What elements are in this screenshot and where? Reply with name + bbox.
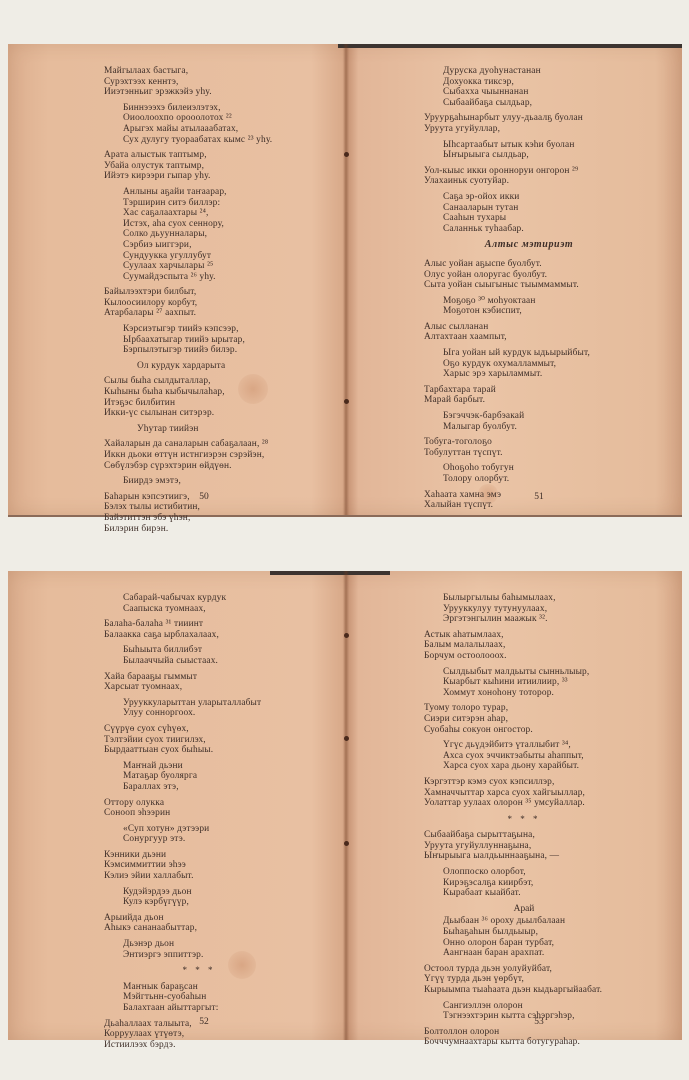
verse-line: Хамначчыттар харса суох хайгыыллар, (424, 788, 664, 799)
verse-line: Харсыат туомнаах, (104, 682, 334, 693)
stanza: Саҕа эр-ойох иккиСанааларын тутанСааһын … (424, 192, 664, 234)
verse-line: Ииэтэнньиг эрэжкэйэ уһу. (104, 87, 334, 98)
verse-line: Майгылаах бастыга, (104, 66, 334, 77)
verse-line: Урууккулуу тутунуулаах, (443, 604, 664, 615)
verse-line: Ыҥырыыга сылдьар, (443, 150, 664, 161)
stanza: Оһоҕоһо тобугунТолору олорбут. (424, 463, 664, 484)
verse-line: Сыбаайбаҕа сырыттаҕына, (424, 830, 664, 841)
poem-text: Майгылаах бастыга,Сурэхтээх кеннтэ,Ииэтэ… (104, 66, 334, 539)
verse-line: Балаакка саҕа ырблахалаах, (104, 630, 334, 641)
verse-line: Убайа олустук таптымр, (104, 161, 334, 172)
stanza: Астык аһатымлаах,Балым малалылаах,Борчум… (424, 630, 664, 662)
verse-line: Ыһсартаабыт ытык кэһи буолан (443, 140, 664, 151)
stanza: Байылээхтэри билбыт,Кылоосиилору корбут,… (104, 287, 334, 319)
verse-line: Марай барбыт. (424, 395, 664, 406)
verse-line: Кырабаат кыайбат. (443, 888, 664, 899)
stanza: Биирдэ эмэтэ, (104, 476, 334, 487)
verse-line: Бочччумнаахтары кытта ботугураһар. (424, 1037, 664, 1048)
verse-line: Билэрин бирэн. (104, 524, 334, 535)
verse-line: Ол курдук хардарыта (137, 361, 334, 372)
stanza: Ол курдук хардарыта (104, 361, 334, 372)
verse-line: Тобулуттан түспүт. (424, 448, 664, 459)
verse-line: Дохуокка тиксэр, (443, 77, 664, 88)
verse-line: Арата алыстык таптымр, (104, 150, 334, 161)
page-52: Сабарай-чабычах курдукСаапыска туомнаах,… (104, 571, 334, 1040)
verse-line: Маҥнай дьэни (123, 761, 334, 772)
binding-hole (344, 736, 349, 741)
stanza: Остоол турда дьэн уолуйуйбат,Үгүү турда … (424, 964, 664, 996)
verse-line: Сыта уойан сыыгыныс тыыммаммыт. (424, 280, 664, 291)
verse-line: Итэҕэс билбитин (104, 398, 334, 409)
verse-line: Аһыкэ сананаабыттар, (104, 923, 334, 934)
verse-line: Истэх, аһа суох сеннору, (123, 219, 334, 230)
stanza: Кэнники дьэниКэмсиммиттии эһээКэлиэ эйии… (104, 850, 334, 882)
verse-line: Астык аһатымлаах, (424, 630, 664, 641)
verse-line: Бэлэх тылы истибитин, (104, 502, 334, 513)
verse-line: Моҕотон кэбиспит, (443, 306, 664, 317)
page-number: 52 (94, 1017, 324, 1028)
book-spine (343, 44, 349, 515)
verse-line: Анлыны аҕайи таҥаарар, (123, 187, 334, 198)
verse-line: Биннэээхэ билеиэлэтэх, (123, 103, 334, 114)
binding-hole (344, 399, 349, 404)
stanza: Майгылаах бастыга,Сурэхтээх кеннтэ,Ииэтэ… (104, 66, 334, 98)
verse-line: Кирэҕэсалҕа киирбэт, (443, 878, 664, 889)
stanza: «Суп хотун» дэтээриСонургуур этэ. (104, 824, 334, 845)
verse-line: Оттору олукка (104, 798, 334, 809)
verse-line: Алыс сылланан (424, 322, 664, 333)
verse-line: Дьыбаан ³⁶ ороху дьылбалаан (443, 916, 664, 927)
verse-line: Бырдааттыан суох быһыы. (104, 745, 334, 756)
verse-line: Былааччыйа сыыстаах. (123, 656, 334, 667)
verse-line: Алтахтаан хаампыт, (424, 332, 664, 343)
verse-line: Байылээхтэри билбыт, (104, 287, 334, 298)
verse-line: Уһутар тиийэн (137, 424, 334, 435)
stanza: Уһутар тиийэн (104, 424, 334, 435)
verse-line: Биирдэ эмэтэ, (123, 476, 334, 487)
stanza: Уруурҕаһынарбыт улуу-дьаалҕ буоланУруута… (424, 113, 664, 134)
verse-line: Хас саҕалаахтары ²⁴, (123, 208, 334, 219)
stanza: Ыһсартаабыт ытык кэһи буоланЫҥырыыга сыл… (424, 140, 664, 161)
verse-line: Борчум остоолооох. (424, 651, 664, 662)
verse-line: Уруута угуйуллар, (424, 124, 664, 135)
verse-line: Туому толоро турар, (424, 703, 664, 714)
verse-line: Дуруска дуоһунастанан (443, 66, 664, 77)
verse-line: Оһоҕоһо тобугун (443, 463, 664, 474)
verse-line: Болтоллон олорон (424, 1027, 664, 1038)
verse-line: Хоммут хоноһону тоторор. (443, 688, 664, 699)
verse-line: Үгүү турда дьэн үөрбүт, (424, 974, 664, 985)
stanza: Сүүрүө суох сүһүөх,Тэлтэйии суох тиигилэ… (104, 724, 334, 756)
verse-line: Уол-кыыс икки оронноруи онгорон ²⁹ (424, 166, 664, 177)
stanza: Олоппоско олорбот,Кирэҕэсалҕа киирбэт,Кы… (424, 867, 664, 899)
page-number: 51 (424, 492, 664, 503)
verse-line: Улахаиньк суотуйар. (424, 176, 664, 187)
verse-line: Хайаларын да саналарын сабаҕалаан, ²⁸ (104, 439, 334, 450)
verse-line: Тобуга-тоголоҕо (424, 437, 664, 448)
stanza: Тобуга-тоголоҕоТобулуттан түспүт. (424, 437, 664, 458)
verse-line: Сиэри ситэрэн аһар, (424, 714, 664, 725)
verse-line: Солко дьуунналары, (123, 229, 334, 240)
book-spine (343, 571, 349, 1040)
verse-line: Мэйгтьнн-суобаһын (123, 992, 334, 1003)
stanza: Дьэнэр дьонЭнтиэргэ эппиттэр. (104, 939, 334, 960)
section-heading: Алтыс мэтириэт (424, 240, 664, 251)
verse-line: Суумайдэспыта ²⁶ уһу. (123, 272, 334, 283)
stanza: Моҕоҕо ³⁰ моһуоктаанМоҕотон кэбиспит, (424, 296, 664, 317)
verse-line: Корруулаах үтүөтэ, (104, 1029, 334, 1040)
verse-line: Тэлтэйии суох тиигилэх, (104, 735, 334, 746)
verse-line: Былыргылыы баһымылаах, (443, 593, 664, 604)
stanza: Ыга уойан ый курдук ыдьырыйбыт,Оҕо курду… (424, 348, 664, 380)
verse-line: Кылоосиилору корбут, (104, 298, 334, 309)
page-50: Майгылаах бастыга,Сурэхтээх кеннтэ,Ииэтэ… (104, 44, 334, 515)
verse-line: Моҕоҕо ³⁰ моһуоктаан (443, 296, 664, 307)
verse-line: Истиилээх бэрдэ. (104, 1040, 334, 1051)
verse-line: Эргэтэнгылин маажык ³². (443, 614, 664, 625)
verse-line: «Суп хотун» дэтээри (123, 824, 334, 835)
verse-line: Сыбаайбаҕа сылдьар, (443, 98, 664, 109)
verse-line: Ыга уойан ый курдук ыдьырыйбыт, (443, 348, 664, 359)
stanza: Маҥнай дьэниМатаҕар буоляргаБараллах этэ… (104, 761, 334, 793)
verse-line: Кэргэттэр кэмэ суох кэпсиллэр, (424, 777, 664, 788)
stanza: Алыс сыллананАлтахтаан хаампыт, (424, 322, 664, 343)
verse-line: Кэрсиэтыгэр тиийэ кэпсээр, (123, 324, 334, 335)
verse-line: Саапыска туомнаах, (123, 604, 334, 615)
verse-line: Маҥнык бараҕсан (123, 982, 334, 993)
verse-line: Кэмсиммиттии эһээ (104, 860, 334, 871)
verse-line: Сабарай-чабычах курдук (123, 593, 334, 604)
stanza: Уол-кыыс икки оронноруи онгорон ²⁹Улахаи… (424, 166, 664, 187)
verse-line: Олоппоско олорбот, (443, 867, 664, 878)
poem-text: Сабарай-чабычах курдукСаапыска туомнаах,… (104, 593, 334, 1055)
centered-word: Арай (424, 904, 664, 915)
verse-line: Саланньк туһаабар. (443, 224, 664, 235)
verse-line: Онно олорон баран турбат, (443, 938, 664, 949)
stanza: Кудэйэрдээ дьонКулэ кэрбүгүүр, (104, 887, 334, 908)
stanza: Болтоллон олоронБочччумнаахтары кытта бо… (424, 1027, 664, 1048)
section-divider: * * * (104, 965, 334, 976)
stanza: Бэгэччэк-барбэакайМалыгар буолбут. (424, 411, 664, 432)
verse-line: Энтиэргэ эппиттэр. (123, 950, 334, 961)
binding-hole (344, 633, 349, 638)
stanza: Хайа барааҕы гыммытХарсыат туомнаах, (104, 672, 334, 693)
stanza: Сылдьыбыт малдьыты сынньлыыр,Кыарбыт кыһ… (424, 667, 664, 699)
verse-line: Икки-үс сылынан ситэрэр. (104, 408, 334, 419)
book-spread-bottom: Сабарай-чабычах курдукСаапыска туомнаах,… (8, 571, 682, 1040)
verse-line: Аангнаан баран арахпат. (443, 948, 664, 959)
verse-line: Байэтиттэн эбэ үһэн, (104, 513, 334, 524)
verse-line: Дьэнэр дьон (123, 939, 334, 950)
stanza: Кэргэттэр кэмэ суох кэпсиллэр,Хамначчытт… (424, 777, 664, 809)
verse-line: Олус уойан олоругас буолбут. (424, 270, 664, 281)
stanza: Балаһа-балаһа ³¹ тииинтБалаакка саҕа ырб… (104, 619, 334, 640)
verse-line: Сонургуур этэ. (123, 834, 334, 845)
verse-line: Улуу сонноргоох. (123, 708, 334, 719)
verse-line: Сөбүлэбэр сүрэхтэрин өйдүөн. (104, 461, 334, 472)
verse-line: Кудэйэрдээ дьон (123, 887, 334, 898)
verse-line: Бэрпылэтыгэр тиийэ билэр. (123, 345, 334, 356)
verse-line: Сурэхтээх кеннтэ, (104, 77, 334, 88)
verse-line: Быһыыта биллибэт (123, 645, 334, 656)
verse-line: Сангиэллэн олорон (443, 1001, 664, 1012)
verse-line: Толору олорбут. (443, 474, 664, 485)
verse-line: Суобаһы сокуон онгостор. (424, 725, 664, 736)
verse-line: Харса суох хара дьону харайбыт. (443, 761, 664, 772)
stanza: Хайаларын да саналарын сабаҕалаан, ²⁸Икк… (104, 439, 334, 471)
verse-line: Арыгэх майы атылааабатах, (123, 124, 334, 135)
verse-line: Сүүрүө суох сүһүөх, (104, 724, 334, 735)
verse-line: Быһаҕаһын былдьыыр, (443, 927, 664, 938)
verse-line: Иккн дьоки өттүн истнгиэрэн сэрэйэн, (104, 450, 334, 461)
stanza: Биннэээхэ билеиэлэтэх,Оиоолоохпо ороооло… (104, 103, 334, 145)
verse-line: Сэрбиэ ыиггэри, (123, 240, 334, 251)
stanza: Анлыны аҕайи таҥаарар,Тэрширин ситэ билл… (104, 187, 334, 282)
verse-line: Сылы быһа сылдыталлар, (104, 376, 334, 387)
verse-line: Сааһын тухары (443, 213, 664, 224)
page-number: 50 (94, 492, 324, 503)
stanza: Сыбаайбаҕа сырыттаҕына,Уруута угуйуллунн… (424, 830, 664, 862)
verse-line: Кэнники дьэни (104, 850, 334, 861)
verse-line: Атарбалары ²⁷ аахпыт. (104, 308, 334, 319)
verse-line: Ырбаахатыгар тиийэ ырытар, (123, 335, 334, 346)
section-divider: * * * (424, 814, 664, 825)
stanza: Урууккуларыттан уларыталлабытУлуу соннор… (104, 698, 334, 719)
page-number: 53 (424, 1017, 664, 1028)
verse-line: Сундуукка угуллубут (123, 251, 334, 262)
page-51: Дуруска дуоһунастананДохуокка тиксэр,Сыб… (424, 44, 664, 515)
verse-line: Саҕа эр-ойох икки (443, 192, 664, 203)
verse-line: Уруута угуйуллуннаҕына, (424, 841, 664, 852)
verse-line: Уруурҕаһынарбыт улуу-дьаалҕ буолан (424, 113, 664, 124)
verse-line: Кыарбыт кыһини итиилиир, ³³ (443, 677, 664, 688)
verse-line: Сылдьыбыт малдьыты сынньлыыр, (443, 667, 664, 678)
verse-line: Арыийда дьон (104, 913, 334, 924)
stanza: Сылы быһа сылдыталлар,Кыһыны быһа кыбычы… (104, 376, 334, 418)
verse-line: Ахса суох эччиктэабыты аһаппыт, (443, 751, 664, 762)
verse-line: Урууккуларыттан уларыталлабыт (123, 698, 334, 709)
stanza: Былыргылыы баһымылаах,Урууккулуу тутунуу… (424, 593, 664, 625)
verse-line: Сух дулугу туораабатах кымс ²³ уһу. (123, 135, 334, 146)
stanza: Үгүс дьүдэйбитэ үталлыбит ³⁴,Ахса суох э… (424, 740, 664, 772)
book-spread-top: Майгылаах бастыга,Сурэхтээх кеннтэ,Ииэтэ… (8, 44, 682, 517)
page-53: Былыргылыы баһымылаах,Урууккулуу тутунуу… (424, 571, 664, 1040)
stanza: Оттору олуккаСонооп эһээрин (104, 798, 334, 819)
stanza: Кэрсиэтыгэр тиийэ кэпсээр,Ырбаахатыгар т… (104, 324, 334, 356)
verse-line: Остоол турда дьэн уолуйуйбат, (424, 964, 664, 975)
verse-line: Тарбахтара тарай (424, 385, 664, 396)
stanza: Тарбахтара тарайМарай барбыт. (424, 385, 664, 406)
verse-line: Балахтаан айыттаргыт: (123, 1003, 334, 1014)
verse-line: Балым малалылаах, (424, 640, 664, 651)
verse-line: Балаһа-балаһа ³¹ тииинт (104, 619, 334, 630)
verse-line: Бэгэччэк-барбэакай (443, 411, 664, 422)
binding-hole (344, 841, 349, 846)
stanza: Быһыыта биллибэтБылааччыйа сыыстаах. (104, 645, 334, 666)
verse-line: Сонооп эһээрин (104, 808, 334, 819)
verse-line: Үгүс дьүдэйбитэ үталлыбит ³⁴, (443, 740, 664, 751)
verse-line: Суулаах харчылары ²⁵ (123, 261, 334, 272)
poem-text: Дуруска дуоһунастананДохуокка тиксэр,Сыб… (424, 66, 664, 516)
verse-line: Алыс уойан аҕыспе буолбут. (424, 259, 664, 270)
stanza: Дуруска дуоһунастананДохуокка тиксэр,Сыб… (424, 66, 664, 108)
verse-line: Матаҕар буолярга (123, 771, 334, 782)
verse-line: Сыбахха чыыннанан (443, 87, 664, 98)
verse-line: Уолаттар уулаах олорон ³⁵ умсуйаллар. (424, 798, 664, 809)
verse-line: Оҕо курдук охумалламмыт, (443, 359, 664, 370)
stanza: Дьыбаан ³⁶ ороху дьылбалаанБыһаҕаһын был… (424, 916, 664, 958)
verse-line: Санааларын тутан (443, 203, 664, 214)
verse-line: Кэлиэ эйии халлабыт. (104, 871, 334, 882)
stanza: Арата алыстык таптымр,Убайа олустук тапт… (104, 150, 334, 182)
verse-line: Кыһыны быһа кыбычылаһар, (104, 387, 334, 398)
stanza: Арыийда дьонАһыкэ сананаабыттар, (104, 913, 334, 934)
verse-line: Кулэ кэрбүгүүр, (123, 897, 334, 908)
verse-line: Ийэтэ кирээри гыпар уһу. (104, 171, 334, 182)
verse-line: Бараллах этэ, (123, 782, 334, 793)
stanza: Сабарай-чабычах курдукСаапыска туомнаах, (104, 593, 334, 614)
verse-line: Оиоолоохпо орооолотох ²² (123, 113, 334, 124)
verse-line: Хайа барааҕы гыммыт (104, 672, 334, 683)
stanza: Маҥнык бараҕсанМэйгтьнн-суобаһынБалахтаа… (104, 982, 334, 1014)
verse-line: Кырыымпа тыаһаата дьэн кыдьаргыйаабат. (424, 985, 664, 996)
verse-line: Тэрширин ситэ биллэр: (123, 198, 334, 209)
verse-line: Харыс эрэ харыламмыт. (443, 369, 664, 380)
verse-line: Малыгар буолбут. (443, 422, 664, 433)
verse-line: Ыҥырыыга ыалдьыннааҕына, — (424, 851, 664, 862)
stanza: Туому толоро турар,Сиэри ситэрэн аһар,Су… (424, 703, 664, 735)
poem-text: Былыргылыы баһымылаах,Урууккулуу тутунуу… (424, 593, 664, 1053)
stanza: Алыс уойан аҕыспе буолбут.Олус уойан оло… (424, 259, 664, 291)
binding-hole (344, 152, 349, 157)
